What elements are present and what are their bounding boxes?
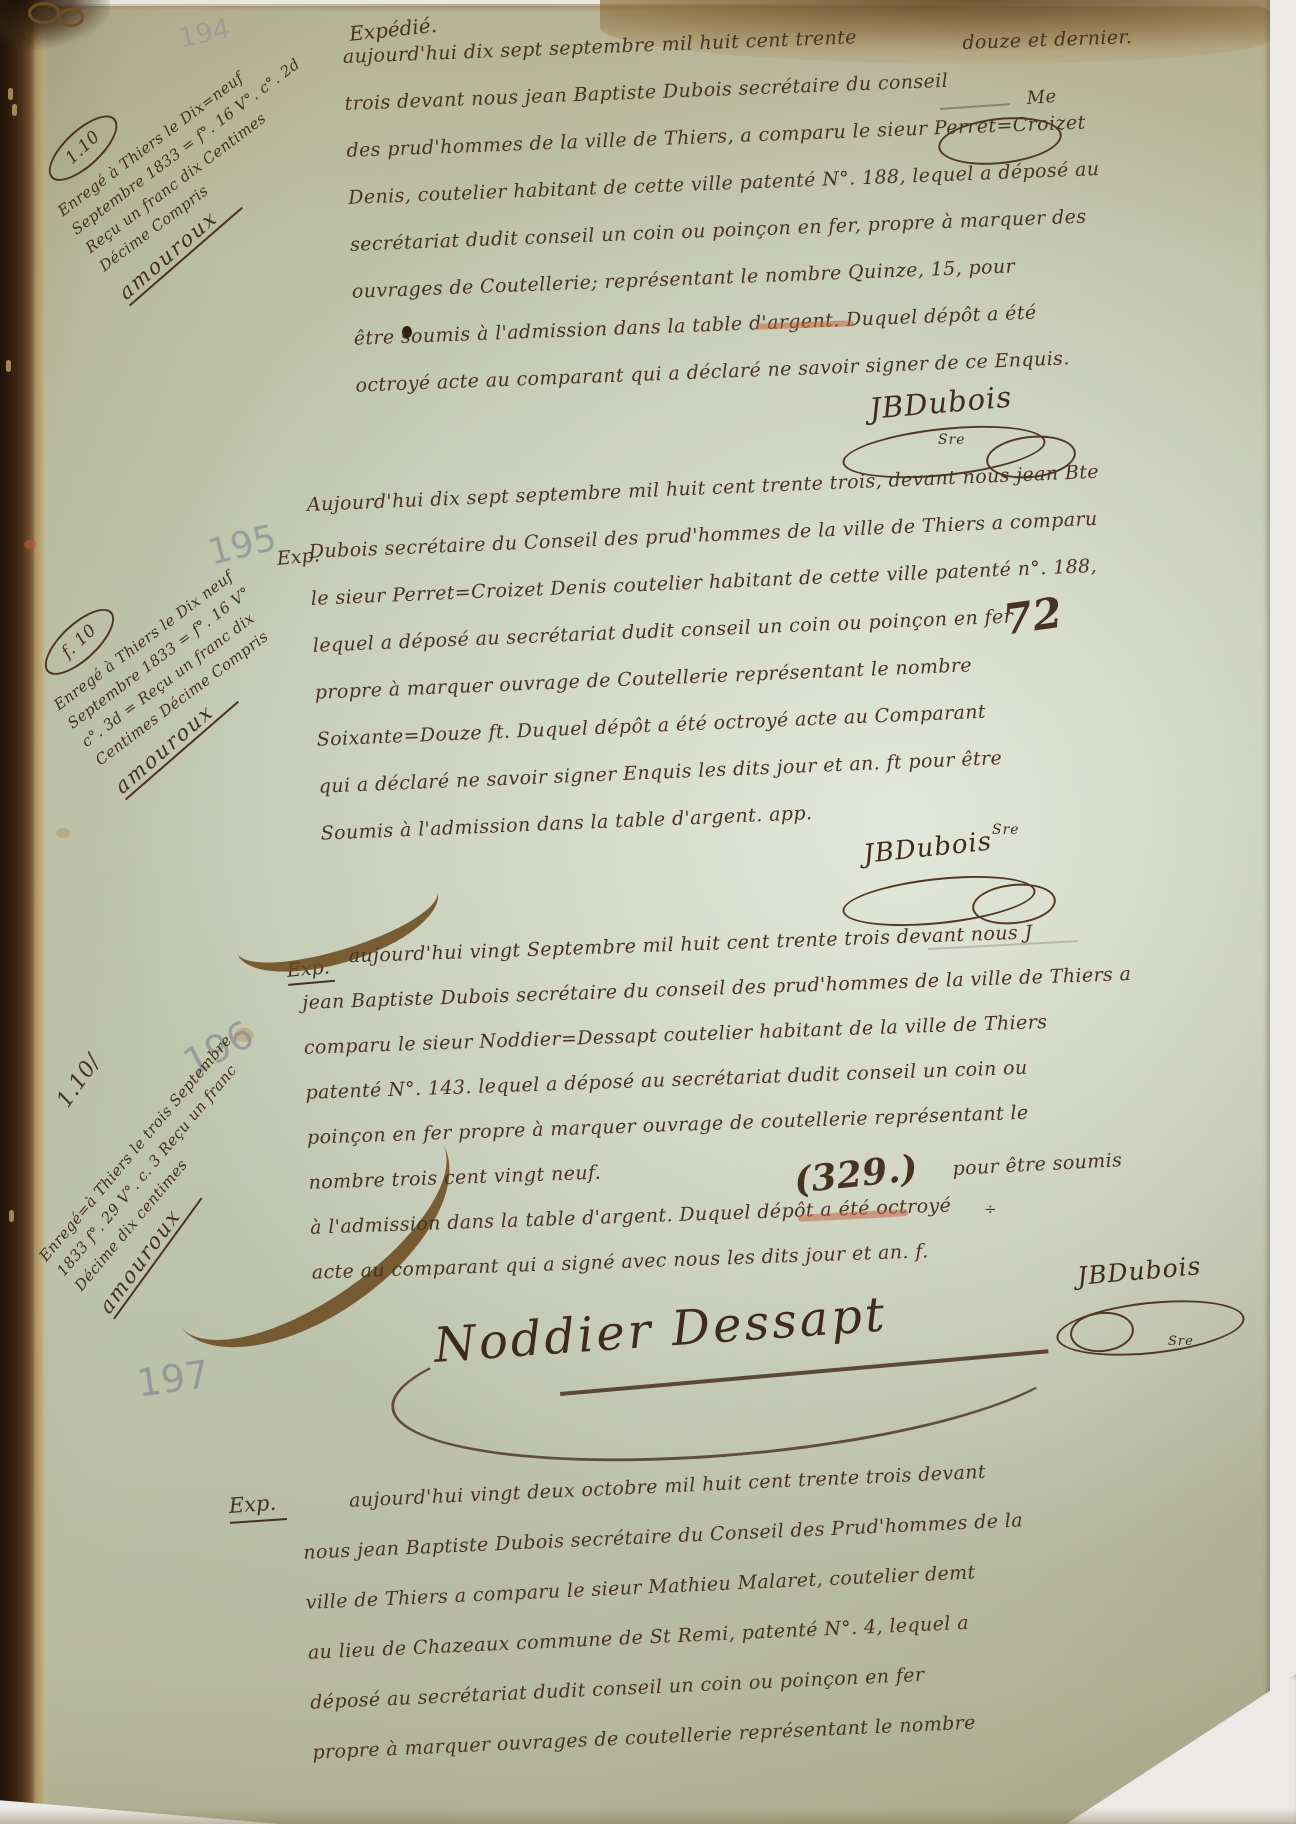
entry2-big-number: 72 — [1000, 588, 1065, 645]
entry3-text: aujourd'hui vingt Septembre mil huit cen… — [300, 907, 1142, 1296]
binding-stitch — [8, 88, 13, 100]
entry2-secretary-signature-sub: Sre — [992, 822, 1020, 838]
paper-stain — [24, 540, 36, 549]
backdrop-strip-right — [1270, 0, 1296, 1824]
page-bottom-edge — [0, 1808, 1296, 1824]
paper-stain — [56, 828, 70, 838]
book-binding — [0, 0, 34, 1824]
binding-thread — [58, 8, 84, 27]
binding-stitch — [12, 104, 17, 116]
entry1-margin-flourish-label: Me — [1026, 86, 1057, 109]
page-edges — [34, 0, 50, 1824]
entry1-text: aujourd'hui dix sept septembre mil huit … — [342, 5, 1108, 410]
binding-stitch — [6, 360, 11, 372]
binding-thread — [28, 2, 60, 24]
entry4-exp-label: Exp. — [228, 1490, 287, 1524]
binding-stitch — [9, 1210, 14, 1222]
entry2-text: Aujourd'hui dix sept septembre mil huit … — [306, 449, 1114, 858]
manuscript-photo: 194 Expédié. 1.10 Enregé à Thiers le Dix… — [0, 0, 1296, 1824]
entry4-text: aujourd'hui vingt deux octobre mil huit … — [300, 1445, 1033, 1777]
division-mark: ÷ — [984, 1200, 997, 1218]
